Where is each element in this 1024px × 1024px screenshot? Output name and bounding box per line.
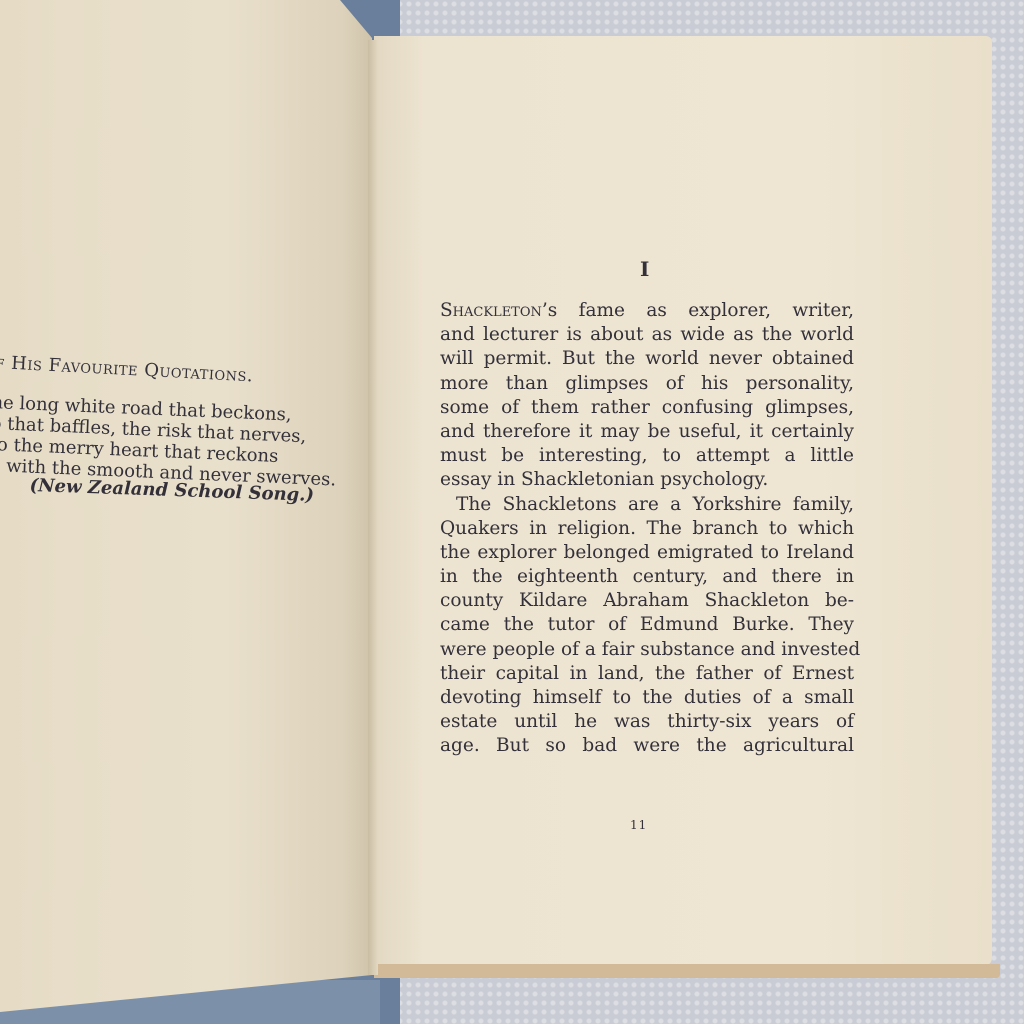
body-line: must be interesting, to attempt a little [440, 444, 854, 468]
body-line: and lecturer is about as wide as the wor… [440, 323, 854, 347]
lead-line-rest: ’s fame as explorer, writer, [542, 300, 854, 321]
chapter-number: I [640, 257, 649, 281]
body-line: The Shackletons are a Yorkshire family, [440, 493, 854, 517]
open-book: f His Favourite Quotations. he long whit… [0, 0, 1024, 1024]
lead-word: Shackleton [440, 300, 542, 321]
chapter-body: Shackleton’s fame as explorer, writer, a… [440, 299, 854, 759]
body-line: age. But so bad were the agricultural [440, 734, 854, 758]
body-line: and therefore it may be useful, it certa… [440, 420, 854, 444]
body-line: Quakers in religion. The branch to which [440, 517, 854, 541]
body-line: devoting himself to the duties of a smal… [440, 686, 854, 710]
body-line: estate until he was thirty-six years of [440, 710, 854, 734]
body-line: more than glimpses of his personality, [440, 372, 854, 396]
body-line: Shackleton’s fame as explorer, writer, [440, 299, 854, 323]
body-line: some of them rather confusing glimpses, [440, 396, 854, 420]
body-line: came the tutor of Edmund Burke. They [440, 613, 854, 637]
body-line: county Kildare Abraham Shackleton be- [440, 589, 854, 613]
body-line: the explorer belonged emigrated to Irela… [440, 541, 854, 565]
page-number: 11 [630, 818, 647, 832]
page-edge [374, 964, 1000, 978]
book-gutter [368, 40, 378, 975]
body-line: were people of a fair substance and inve… [440, 638, 854, 662]
body-line: in the eighteenth century, and there in [440, 565, 854, 589]
body-line: their capital in land, the father of Ern… [440, 662, 854, 686]
body-line: essay in Shackletonian psychology. [440, 468, 854, 492]
body-line: will permit. But the world never obtaine… [440, 347, 854, 371]
left-page [0, 0, 372, 1023]
